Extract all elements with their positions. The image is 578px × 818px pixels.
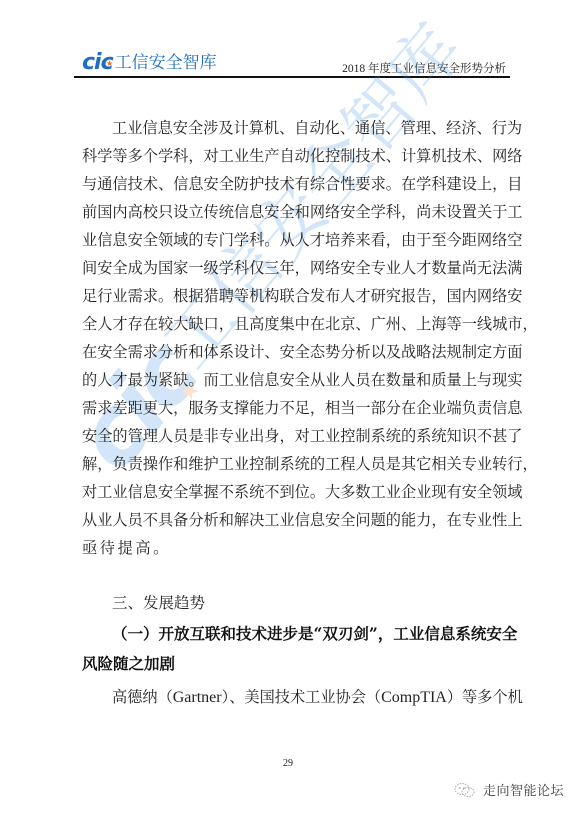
page-header: cic★ 工信安全智库 2018 年度工业信息安全形势分析 bbox=[74, 50, 510, 78]
body-paragraph: 工业信息安全涉及计算机、自动化、通信、管理、经济、行为 科学等多个学科，对工业生… bbox=[82, 114, 508, 562]
logo-name: 工信安全智库 bbox=[115, 52, 217, 74]
subsection-heading-line1: （一）开放互联和技术进步是“双刃剑”，工业信息系统安全 bbox=[82, 624, 517, 643]
paragraph-line: 科学等多个学科，对工业生产自动化控制技术、计算机技术、网络 bbox=[82, 142, 508, 170]
subsection-heading: （一）开放互联和技术进步是“双刃剑”，工业信息系统安全 bbox=[82, 620, 508, 648]
paragraph-line: 高德纳（Gartner）、美国技术工业协会（CompTIA）等多个机 bbox=[82, 683, 508, 712]
paragraph-line: 全人才存在较大缺口，且高度集中在北京、广州、上海等一线城市， bbox=[82, 310, 508, 338]
text-segment: 高德纳（ bbox=[112, 688, 173, 706]
document-title: 2018 年度工业信息安全形势分析 bbox=[342, 60, 506, 76]
paragraph-line: 间安全成为国家一级学科仅三年，网络安全专业人才数量尚无法满 bbox=[82, 254, 508, 282]
paragraph-line: 需求差距更大，服务支撑能力不足，相当一部分在企业端负责信息 bbox=[82, 394, 508, 422]
text-segment: ）等多个机 bbox=[447, 688, 523, 706]
paragraph-line: 足行业需求。根据猎聘等机构联合发布人才研究报告，国内网络安 bbox=[82, 282, 508, 310]
subsection-heading-continued: 风险随之加剧 bbox=[82, 650, 508, 678]
paragraph-line: 对工业信息安全掌握不系统不到位。大多数工业企业现有安全领域 bbox=[82, 478, 508, 506]
star-icon: ★ bbox=[106, 60, 112, 68]
latin-term: CompTIA bbox=[381, 689, 447, 706]
page-number: 29 bbox=[283, 758, 293, 769]
paragraph-line: 前国内高校只设立传统信息安全和网络安全学科，尚未设置关于工 bbox=[82, 198, 508, 226]
paragraph-line: 安全的管理人员是非专业出身，对工业控制系统的系统知识不甚了 bbox=[82, 422, 508, 450]
text-segment: ）、美国技术工业协会（ bbox=[222, 688, 381, 706]
paragraph-line: 亟待提高。 bbox=[82, 534, 508, 562]
paragraph-line: 在安全需求分析和体系设计、安全态势分析以及战略法规制定方面 bbox=[82, 338, 508, 366]
header-divider bbox=[74, 76, 510, 78]
paragraph-line: 业信息安全领域的专门学科。从人才培养来看，由于至今距网络空 bbox=[82, 226, 508, 254]
wechat-icon bbox=[453, 781, 477, 799]
paragraph-line: 解，负责操作和维护工业控制系统的工程人员是其它相关专业转行， bbox=[82, 450, 508, 478]
paragraph-line: 与通信技术、信息安全防护技术有综合性要求。在学科建设上，目 bbox=[82, 170, 508, 198]
paragraph-line: 工业信息安全涉及计算机、自动化、通信、管理、经济、行为 bbox=[82, 114, 508, 142]
paragraph-line: 的人才最为紧缺。而工业信息安全从业人员在数量和质量上与现实 bbox=[82, 366, 508, 394]
logo-mark: cic★ bbox=[82, 52, 113, 74]
paragraph-line: 从业人员不具备分析和解决工业信息安全问题的能力，在专业性上 bbox=[82, 506, 508, 534]
source-name: 走向智能论坛 bbox=[483, 780, 564, 799]
section-heading: 三、发展趋势 bbox=[112, 590, 538, 616]
latin-term: Gartner bbox=[173, 689, 222, 706]
brand-logo: cic★ 工信安全智库 bbox=[82, 52, 217, 74]
source-watermark: 走向智能论坛 bbox=[453, 780, 564, 799]
